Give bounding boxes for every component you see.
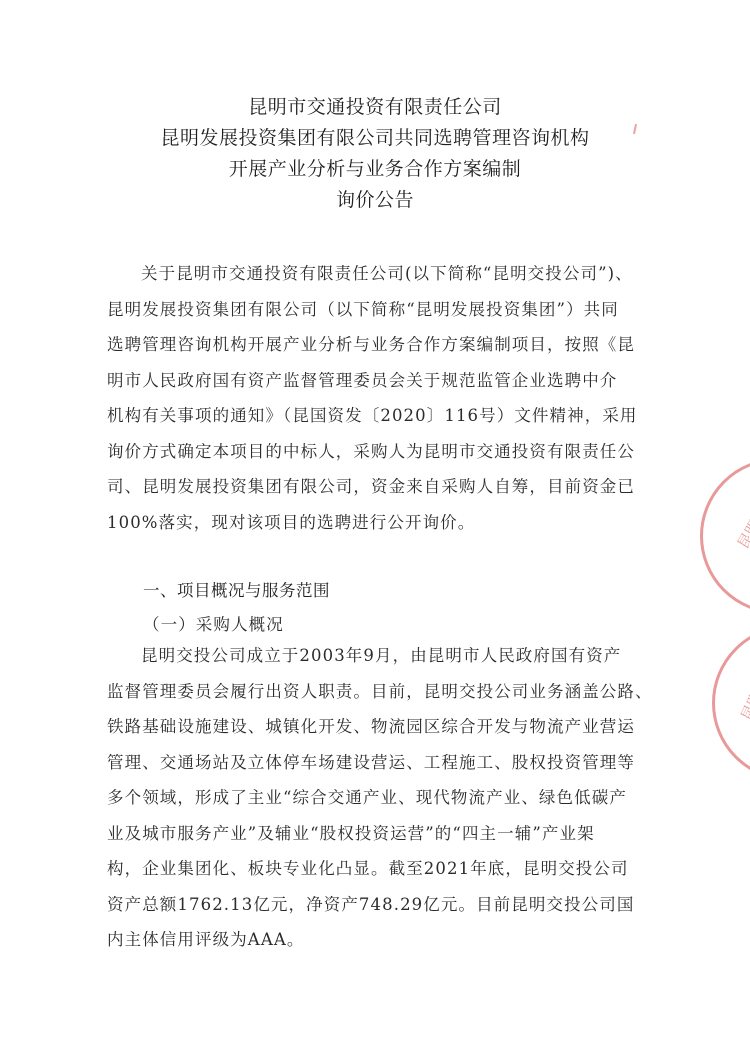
- seal-label: 昆明市交通投资: [732, 451, 750, 552]
- text-line: 司、昆明发展投资集团有限公司，资金来自采购人自筹，目前资金已: [107, 469, 687, 505]
- text-line: 资产总额1762.13亿元，净资产748.29亿元。目前昆明交投公司国: [107, 887, 687, 923]
- text-line: 昆明发展投资集团有限公司（以下简称“昆明发展投资集团”）共同: [107, 292, 687, 328]
- text-line: 100%落实，现对该项目的选聘进行公开询价。: [107, 505, 687, 541]
- text-line: 多个领域，形成了主业“综合交通产业、现代物流产业、绿色低碳产: [107, 780, 687, 816]
- text-line: 明市人民政府国有资产监督管理委员会关于规范监管企业选聘中介: [107, 363, 687, 399]
- title-line: 开展产业分析与业务合作方案编制: [0, 154, 750, 185]
- document-title: 昆明市交通投资有限责任公司 昆明发展投资集团有限公司共同选聘管理咨询机构 开展产…: [0, 92, 750, 216]
- purchaser-paragraph: 昆明交投公司成立于2003年9月，由昆明市人民政府国有资产 监督管理委员会履行出…: [107, 638, 687, 958]
- text-line: 询价方式确定本项目的中标人，采购人为昆明市交通投资有限责任公: [107, 434, 687, 470]
- title-line: 询价公告: [0, 185, 750, 216]
- text-line: 业及城市服务产业”及辅业“股权投资运营”的“四主一辅”产业架: [107, 816, 687, 852]
- subsection-heading: （一）采购人概况: [107, 609, 687, 641]
- text-line: 管理、交通场站及立体停车场建设营运、工程施工、股权投资管理等: [107, 745, 687, 781]
- text-line: 昆明交投公司成立于2003年9月，由昆明市人民政府国有资产: [107, 638, 687, 674]
- seal-label: 昆明发展投资: [735, 633, 750, 723]
- text-line: 关于昆明市交通投资有限责任公司(以下简称“昆明交投公司”)、: [107, 256, 687, 292]
- text-line: 选聘管理咨询机构开展产业分析与业务合作方案编制项目，按照《昆: [107, 327, 687, 363]
- title-line: 昆明发展投资集团有限公司共同选聘管理咨询机构: [0, 123, 750, 154]
- title-line: 昆明市交通投资有限责任公司: [0, 92, 750, 123]
- text-line: 铁路基础设施建设、城镇化开发、物流园区综合开发与物流产业营运: [107, 709, 687, 745]
- text-line: 机构有关事项的通知》（昆国资发〔2020〕116号）文件精神，采用: [107, 398, 687, 434]
- section-heading: 一、项目概况与服务范围: [107, 573, 687, 609]
- document-page: 昆明市交通投资有限责任公司 昆明发展投资集团有限公司共同选聘管理咨询机构 开展产…: [0, 0, 750, 1060]
- section-one: 一、项目概况与服务范围 （一）采购人概况: [107, 573, 687, 641]
- text-line: 内主体信用评级为AAA。: [107, 922, 687, 958]
- text-line: 构，企业集团化、板块专业化凸显。截至2021年底，昆明交投公司: [107, 851, 687, 887]
- company-seal-jiaotou: 昆明市交通投资: [700, 458, 750, 614]
- intro-paragraph: 关于昆明市交通投资有限责任公司(以下简称“昆明交投公司”)、 昆明发展投资集团有…: [107, 256, 687, 540]
- text-line: 监督管理委员会履行出资人职责。目前，昆明交投公司业务涵盖公路、: [107, 674, 687, 710]
- company-seal-fazhan: 昆明发展投资: [712, 625, 750, 781]
